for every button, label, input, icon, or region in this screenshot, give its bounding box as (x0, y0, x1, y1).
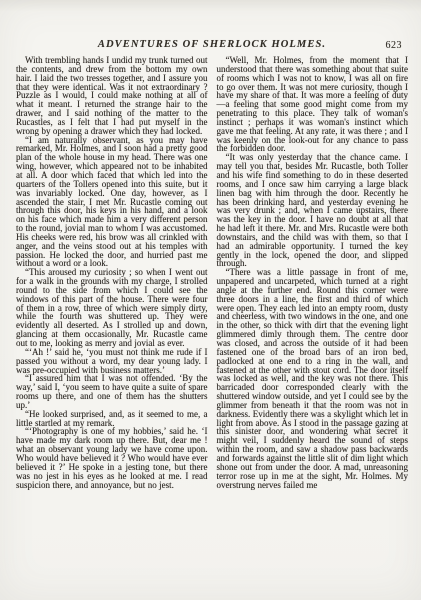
paragraph: “He looked surprised, and, as it seemed … (16, 410, 208, 428)
paragraph: “It was only yesterday that the chance c… (217, 153, 409, 268)
left-column: With trembling hands I undid my trunk tu… (16, 56, 208, 489)
paragraph: With trembling hands I undid my trunk tu… (16, 56, 208, 136)
running-header: ADVENTURES OF SHERLOCK HOLMES. 623 (16, 39, 408, 52)
text-columns: With trembling hands I undid my trunk tu… (16, 56, 408, 489)
paragraph: “‘Ah !’ said he, ‘you must not think me … (16, 348, 208, 375)
paragraph: “I am naturally observant, as you may ha… (16, 136, 208, 269)
paragraph: “There was a little passage in front of … (217, 268, 409, 489)
paragraph: “Well, Mr. Holmes, from the moment that … (217, 56, 409, 153)
paragraph: “‘Photography is one of my hobbies,’ sai… (16, 427, 208, 489)
paragraph: “I assured him that I was not offended. … (16, 374, 208, 409)
right-column: “Well, Mr. Holmes, from the moment that … (217, 56, 409, 489)
paragraph: “This aroused my curiosity ; so when I w… (16, 268, 208, 348)
book-page: ADVENTURES OF SHERLOCK HOLMES. 623 With … (0, 0, 421, 600)
page-number: 623 (386, 40, 403, 51)
page-title: ADVENTURES OF SHERLOCK HOLMES. (16, 39, 408, 50)
